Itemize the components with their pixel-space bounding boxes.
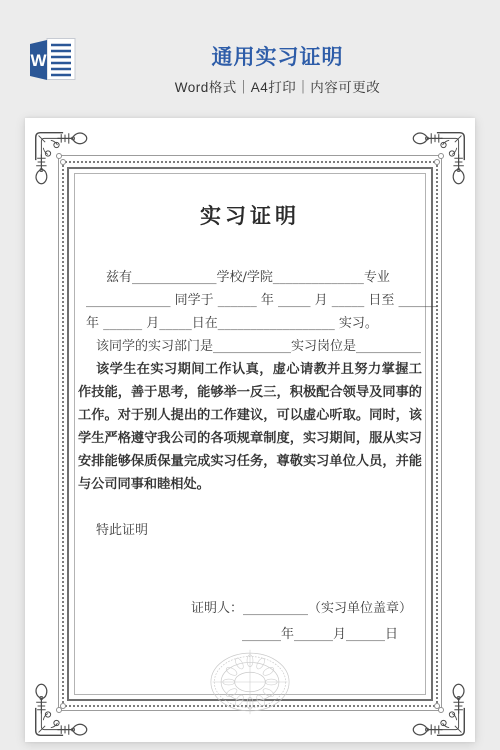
- fill-line-department: 该同学的实习部门是____________实习岗位是__________: [78, 335, 422, 358]
- template-subtitle: Word格式｜A4打印｜内容可更改: [55, 76, 500, 96]
- fill-line-school: 兹有_____________学校/学院______________专业: [78, 266, 422, 289]
- word-icon-letter: W: [30, 51, 47, 70]
- page-background: W 通用实习证明 Word格式｜A4打印｜内容可更改: [0, 0, 500, 750]
- corner-flourish-icon: [401, 128, 469, 196]
- fill-line-student-dates: _____________ 同学于 ______ 年 _____ 月 _____…: [78, 289, 422, 312]
- template-title: 通用实习证明: [55, 41, 500, 71]
- certificate-page: 实习证明 兹有_____________学校/学院______________专…: [25, 118, 475, 742]
- closing-statement: 特此证明: [78, 519, 422, 542]
- signature-block: 证明人：__________（实习单位盖章） ______年______月___…: [78, 596, 422, 648]
- signer-line: 证明人：__________（实习单位盖章）: [78, 596, 422, 622]
- corner-flourish-icon: [31, 128, 99, 196]
- evaluation-paragraph: 该学生在实习期间工作认真，虚心请教并且努力掌握工作技能，善于思考，能够举一反三，…: [78, 358, 422, 496]
- fill-line-company: 年 ______ 月_____日在__________________ 实习。: [78, 312, 422, 335]
- certificate-title: 实习证明: [25, 200, 475, 230]
- oval-filigree-icon: [207, 648, 293, 716]
- corner-flourish-icon: [31, 672, 99, 740]
- corner-flourish-icon: [401, 672, 469, 740]
- date-line: ______年______月______日: [78, 622, 422, 648]
- certificate-body: 兹有_____________学校/学院______________专业 ___…: [78, 266, 422, 542]
